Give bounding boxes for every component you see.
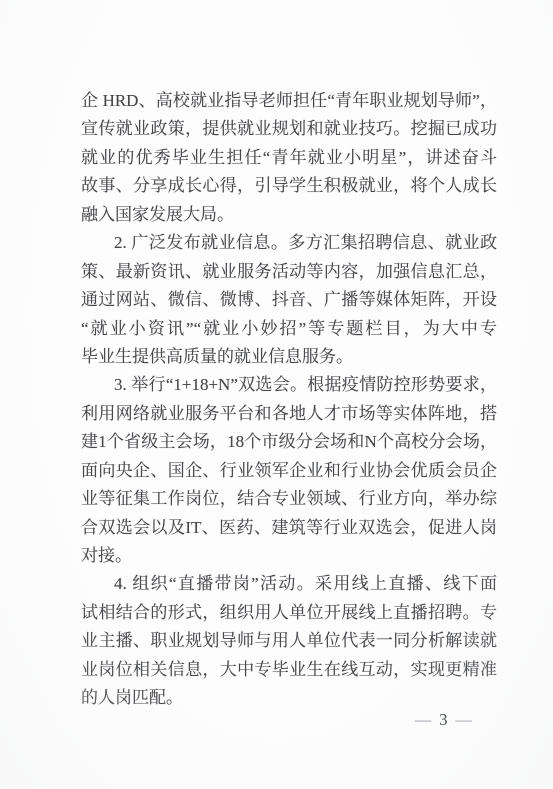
text-line: 试相结合的形式，组织用人单位开展线上直播招聘。专 (81, 599, 497, 627)
text-line: 面向央企、国企、行业领军企业和行业协会优质会员企 (81, 457, 497, 485)
text-line: 毕业生提供高质量的就业信息服务。 (81, 343, 497, 371)
text-line: 宣传就业政策，提供就业规划和就业技巧。挖掘已成功 (81, 115, 497, 143)
text-line: 合双选会以及IT、医药、建筑等行业双选会，促进人岗 (81, 514, 497, 542)
text-line: 故事、分享成长心得，引导学生积极就业，将个人成长 (81, 172, 497, 200)
text-line: 利用网络就业服务平台和各地人才市场等实体阵地，搭 (81, 400, 497, 428)
page-number-dash-left: — (415, 710, 432, 729)
text-line: 企 HRD、高校就业指导老师担任“青年职业规划导师”， (81, 87, 497, 115)
document-page: 企 HRD、高校就业指导老师担任“青年职业规划导师”，宣传就业政策，提供就业规划… (0, 0, 553, 789)
page-number-dash-right: — (456, 710, 473, 729)
page-number-value: 3 (439, 710, 447, 729)
text-line: “就业小资讯”“就业小妙招”等专题栏目，为大中专 (81, 315, 497, 343)
text-line: 通过网站、微信、微博、抖音、广播等媒体矩阵，开设 (81, 286, 497, 314)
text-line: 业等征集工作岗位，结合专业领域、行业方向，举办综 (81, 485, 497, 513)
text-line: 2. 广泛发布就业信息。多方汇集招聘信息、就业政 (81, 229, 497, 257)
text-line: 就业的优秀毕业生担任“青年就业小明星”，讲述奋斗 (81, 144, 497, 172)
text-line: 业主播、职业规划导师与用人单位代表一同分析解读就 (81, 627, 497, 655)
text-line: 建1个省级主会场，18个市级分会场和N个高校分会场， (81, 428, 497, 456)
text-line: 对接。 (81, 542, 497, 570)
text-line: 的人岗匹配。 (81, 684, 497, 712)
page-number: —3— (415, 711, 472, 729)
text-line: 融入国家发展大局。 (81, 201, 497, 229)
text-line: 业岗位相关信息，大中专毕业生在线互动，实现更精准 (81, 656, 497, 684)
document-body: 企 HRD、高校就业指导老师担任“青年职业规划导师”，宣传就业政策，提供就业规划… (81, 87, 497, 713)
text-line: 3. 举行“1+18+N”双选会。根据疫情防控形势要求， (81, 371, 497, 399)
text-line: 4. 组织“直播带岗”活动。采用线上直播、线下面 (81, 570, 497, 598)
text-line: 策、最新资讯、就业服务活动等内容，加强信息汇总， (81, 258, 497, 286)
